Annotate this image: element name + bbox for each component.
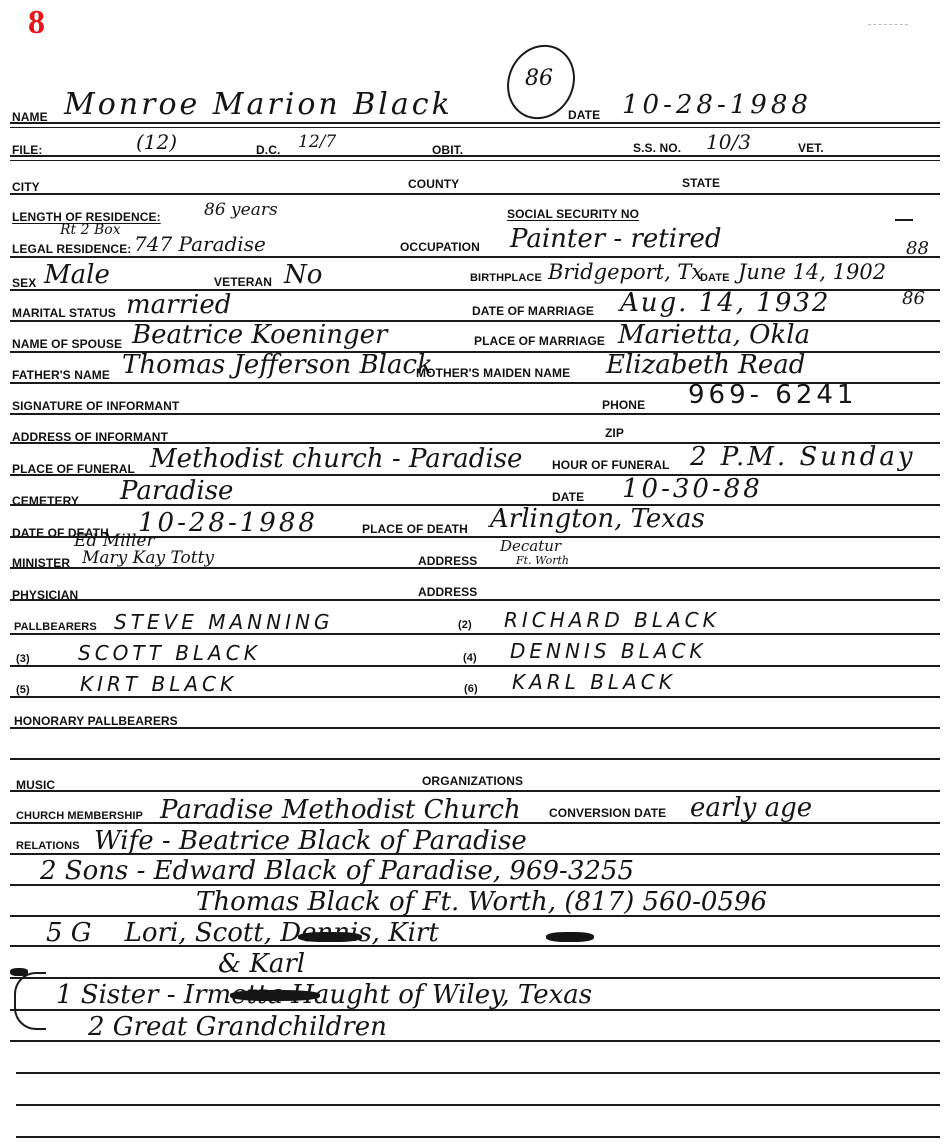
rule-pallbearers-1 (10, 633, 940, 635)
rule-pallbearers-2 (10, 665, 940, 667)
cemetery-value[interactable]: Paradise (120, 478, 233, 504)
rule-cemetery (10, 504, 940, 506)
sex-value[interactable]: Male (44, 262, 110, 288)
minister-address-label: ADDRESS (418, 554, 477, 568)
rule-honorary-1 (10, 727, 940, 729)
relations-label: RELATIONS (16, 840, 80, 852)
rule-relations-5 (10, 977, 940, 979)
organizations-label: ORGANIZATIONS (422, 774, 523, 788)
place-of-death-value[interactable]: Arlington, Texas (490, 506, 705, 532)
pallbearer-6[interactable]: KARL BLACK (512, 672, 676, 692)
name-of-spouse-label: NAME OF SPOUSE (12, 337, 122, 351)
pallbearer-2-label: (2) (458, 619, 472, 631)
dash-mark (895, 219, 913, 221)
relations-line-1[interactable]: Wife - Beatrice Black of Paradise (94, 828, 527, 854)
pallbearer-3[interactable]: SCOTT BLACK (78, 643, 261, 663)
rule-legal-residence (10, 256, 940, 258)
relations-line-4[interactable]: 5 G Lori, Scott, Dennis, Kirt (46, 920, 439, 946)
date-label: DATE (568, 108, 600, 122)
relations-line-6[interactable]: 1 Sister - Irmetta Haught of Wiley, Texa… (56, 982, 592, 1008)
church-membership-value[interactable]: Paradise Methodist Church (160, 797, 521, 823)
relations-line-7[interactable]: 2 Great Grandchildren (88, 1014, 387, 1040)
ss-no-label: S.S. NO. (633, 141, 681, 155)
sex-label: SEX (12, 276, 36, 290)
scan-mark (868, 24, 908, 25)
rule-file (10, 155, 940, 157)
name-of-spouse-value[interactable]: Beatrice Koeninger (132, 322, 387, 348)
birthplace-value[interactable]: Bridgeport, Tx (548, 262, 703, 283)
rule-relations-2 (10, 884, 940, 886)
date-value[interactable]: 10-28-1988 (622, 92, 812, 118)
city-label: CITY (12, 180, 40, 194)
page-number: 8 (28, 4, 45, 42)
pallbearers-label: PALLBEARERS (14, 621, 97, 633)
legal-residence-value[interactable]: 747 Paradise (134, 234, 266, 254)
marital-status-label: MARITAL STATUS (12, 306, 116, 320)
pallbearer-1[interactable]: STEVE MANNING (114, 612, 333, 632)
minister-address-line2[interactable]: Ft. Worth (516, 555, 569, 566)
occupation-label: OCCUPATION (400, 240, 480, 254)
rule-physician (10, 599, 940, 601)
date-of-marriage-label: DATE OF MARRIAGE (472, 304, 594, 318)
birth-date-value[interactable]: June 14, 1902 (738, 262, 886, 283)
pallbearer-2[interactable]: RICHARD BLACK (504, 610, 720, 630)
place-of-marriage-label: PLACE OF MARRIAGE (474, 334, 605, 348)
rule-blank-3 (16, 1136, 940, 1138)
date-of-death-value[interactable]: 10-28-1988 (138, 510, 318, 536)
funeral-record-form: 8 NAME Monroe Marion Black 86 DATE 10-28… (0, 0, 951, 1148)
social-security-no-label: SOCIAL SECURITY NO (507, 207, 639, 221)
place-of-marriage-value[interactable]: Marietta, Okla (618, 322, 810, 348)
funeral-date-value[interactable]: 10-30-88 (622, 476, 763, 502)
rule-pallbearers-3 (10, 696, 940, 698)
church-membership-label: CHURCH MEMBERSHIP (16, 810, 143, 822)
vet-label: VET. (798, 141, 824, 155)
veteran-label: VETERAN (214, 275, 272, 289)
pallbearer-3-label: (3) (16, 653, 30, 665)
pallbearer-5[interactable]: KIRT BLACK (80, 674, 237, 694)
rule-relations-3 (10, 915, 940, 917)
birth-date-label: DATE (700, 272, 730, 284)
relations-line-2[interactable]: 2 Sons - Edward Black of Paradise, 969-3… (40, 858, 634, 884)
relations-line-3[interactable]: Thomas Black of Ft. Worth, (817) 560-059… (196, 889, 767, 915)
honorary-pallbearers-label: HONORARY PALLBEARERS (14, 714, 178, 728)
redaction-scribble (298, 932, 362, 942)
place-of-death-label: PLACE OF DEATH (362, 522, 468, 536)
file-value[interactable]: (12) (136, 132, 177, 152)
zip-label: ZIP (605, 426, 624, 440)
redaction-scribble (546, 932, 594, 942)
pallbearer-5-label: (5) (16, 684, 30, 696)
birthplace-label: BIRTHPLACE (470, 272, 542, 284)
date-of-marriage-value[interactable]: Aug. 14, 1932 (620, 290, 830, 316)
hour-of-funeral-value[interactable]: 2 P.M. Sunday (690, 444, 916, 470)
rule-relations-7 (10, 1040, 940, 1042)
county-label: COUNTY (408, 177, 459, 191)
rule-blank-2 (16, 1104, 940, 1106)
rule-relations-1 (10, 853, 940, 855)
legal-residence-note[interactable]: Rt 2 Box (60, 223, 121, 237)
bracket-mark (14, 972, 46, 1030)
legal-residence-label: LEGAL RESIDENCE: (12, 242, 131, 256)
hour-of-funeral-label: HOUR OF FUNERAL (552, 458, 670, 472)
minister-address-line1[interactable]: Decatur (500, 539, 561, 554)
rule-name (10, 122, 940, 124)
conversion-date-value[interactable]: early age (690, 795, 812, 821)
phone-value[interactable]: 969- 6241 (688, 382, 857, 408)
rule-music (10, 790, 940, 792)
veteran-value[interactable]: No (284, 262, 322, 288)
place-of-funeral-value[interactable]: Methodist church - Paradise (150, 446, 522, 472)
relations-line-5[interactable]: & Karl (218, 951, 305, 977)
state-label: STATE (682, 176, 720, 190)
fathers-name-label: FATHER'S NAME (12, 368, 110, 382)
occupation-value[interactable]: Painter - retired (510, 226, 722, 252)
age-value: 86 (525, 66, 553, 91)
rule-signature (10, 413, 940, 415)
mothers-maiden-name-label: MOTHER'S MAIDEN NAME (416, 366, 570, 380)
signature-of-informant-label: SIGNATURE OF INFORMANT (12, 399, 179, 413)
rule-city (10, 193, 940, 195)
rule-relations-4 (10, 945, 940, 947)
rule-blank-1 (16, 1072, 940, 1074)
fathers-name-value[interactable]: Thomas Jefferson Black (122, 352, 433, 378)
redaction-scribble (230, 990, 320, 1001)
phone-label: PHONE (602, 398, 645, 412)
funeral-date-label: DATE (552, 490, 584, 504)
birth-margin-bottom: 86 (902, 290, 925, 308)
dc-value[interactable]: 12/7 (298, 134, 336, 151)
physician-address-label: ADDRESS (418, 585, 477, 599)
rule-minister (10, 567, 940, 569)
rule-honorary-2 (10, 758, 940, 760)
minister-line2[interactable]: Mary Kay Totty (82, 550, 214, 567)
rule-church (10, 822, 940, 824)
marital-status-value[interactable]: married (126, 292, 231, 318)
conversion-date-label: CONVERSION DATE (549, 806, 666, 820)
name-value[interactable]: Monroe Marion Black (64, 90, 453, 120)
pallbearer-6-label: (6) (464, 683, 478, 695)
pallbearer-4[interactable]: DENNIS BLACK (510, 641, 707, 661)
pallbearer-4-label: (4) (463, 652, 477, 664)
ss-no-value[interactable]: 10/3 (706, 132, 751, 152)
mothers-maiden-name-value[interactable]: Elizabeth Read (606, 352, 805, 378)
rule-relations-6 (10, 1009, 940, 1011)
length-of-residence-value[interactable]: 86 years (204, 202, 278, 219)
birth-margin-top: 88 (906, 240, 929, 258)
